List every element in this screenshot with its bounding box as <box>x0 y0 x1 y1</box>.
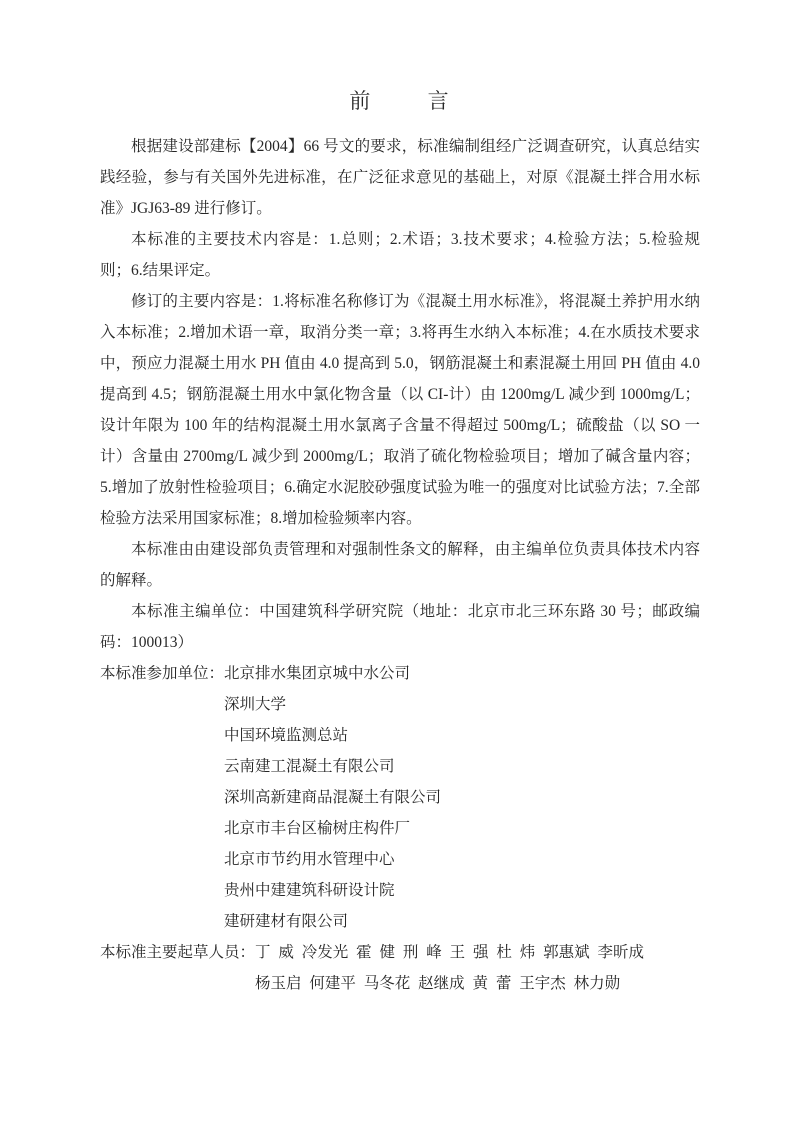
participant-org: 中国环境监测总站 <box>224 720 700 751</box>
foreword-section: 前 言 根据建设部建标【2004】66 号文的要求，标准编制组经广泛调查研究，认… <box>100 86 700 999</box>
participant-org: 贵州中建建筑科研设计院 <box>224 875 700 906</box>
drafters-label: 本标准主要起草人员： <box>100 937 255 968</box>
drafters-line: 杨玉启 何建平 马冬花 赵继成 黄 蕾 王宇杰 林力勋 <box>255 968 700 999</box>
paragraph-revision-basis: 根据建设部建标【2004】66 号文的要求，标准编制组经广泛调查研究，认真总结实… <box>100 131 700 224</box>
participant-org: 云南建工混凝土有限公司 <box>224 751 700 782</box>
drafters-block: 本标准主要起草人员： 丁 威 冷发光 霍 健 刑 峰 王 强 杜 炜 郭惠斌 李… <box>100 937 700 999</box>
paragraph-management: 本标准由由建设部负责管理和对强制性条文的解释，由主编单位负责具体技术内容的解释。 <box>100 534 700 596</box>
participant-org: 北京市丰台区榆树庄构件厂 <box>224 813 700 844</box>
participant-org: 深圳高新建商品混凝土有限公司 <box>224 782 700 813</box>
page-title: 前 言 <box>100 86 700 116</box>
paragraph-chief-editor-unit: 本标准主编单位：中国建筑科学研究院（地址：北京市北三环东路 30 号；邮政编码：… <box>100 596 700 658</box>
participant-org: 建研建材有限公司 <box>224 906 700 937</box>
participants-label: 本标准参加单位： <box>100 658 224 689</box>
drafters-line: 丁 威 冷发光 霍 健 刑 峰 王 强 杜 炜 郭惠斌 李昕成 <box>255 937 700 968</box>
paragraph-revision-details: 修订的主要内容是：1.将标准名称修订为《混凝土用水标准》，将混凝土养护用水纳入本… <box>100 286 700 534</box>
paragraph-technical-contents: 本标准的主要技术内容是：1.总则；2.术语；3.技术要求；4.检验方法；5.检验… <box>100 224 700 286</box>
participant-org: 深圳大学 <box>224 689 700 720</box>
participants-list: 北京排水集团京城中水公司 深圳大学 中国环境监测总站 云南建工混凝土有限公司 深… <box>224 658 700 937</box>
document-page: 前 言 根据建设部建标【2004】66 号文的要求，标准编制组经广泛调查研究，认… <box>0 0 800 1131</box>
participant-org: 北京排水集团京城中水公司 <box>224 658 700 689</box>
participant-org: 北京市节约用水管理中心 <box>224 844 700 875</box>
drafters-names: 丁 威 冷发光 霍 健 刑 峰 王 强 杜 炜 郭惠斌 李昕成 杨玉启 何建平 … <box>255 937 700 999</box>
participants-block: 本标准参加单位： 北京排水集团京城中水公司 深圳大学 中国环境监测总站 云南建工… <box>100 658 700 937</box>
